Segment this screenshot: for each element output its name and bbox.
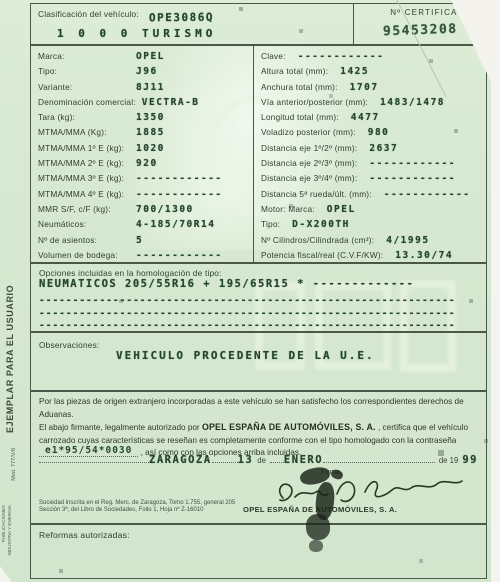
field-label: MTMA/MMA 3º E (kg): <box>38 173 130 183</box>
certifying-company-name: OPEL ESPAÑA DE AUTOMÓVILES, S. A. <box>202 422 376 432</box>
left-fields-column: Marca: OPEL Tipo: J96 Variante: 8J11 <box>31 46 254 262</box>
options-blank-line: ----------------------------------------… <box>39 320 480 332</box>
field-row: Longitud total (mm): 4477 <box>261 112 482 127</box>
field-label: Nº de asientos: <box>38 235 130 245</box>
certificate-number-value: 95453208 <box>383 22 458 40</box>
field-row: Voladizo posterior (mm): 980 <box>261 127 482 142</box>
field-label: Voladizo posterior (mm): <box>261 127 356 137</box>
field-label: Marca: <box>38 51 130 61</box>
field-value: VECTRA-B <box>142 97 249 108</box>
field-label: MTMA/MMA 2º E (kg): <box>38 158 130 168</box>
dotted-leader <box>39 452 149 463</box>
field-label: Neumáticos: <box>38 219 130 229</box>
field-value: 5 <box>136 235 249 246</box>
field-label: Distancia eje 1º/2º (mm): <box>261 143 357 153</box>
field-label: Vía anterior/posterior (mm): <box>261 97 368 107</box>
field-row: Altura total (mm): 1425 <box>261 66 482 81</box>
field-value: 1483/1478 <box>380 97 445 108</box>
field-row: Nº de asientos: 5 <box>38 235 249 250</box>
field-row: Distancia eje 2º/3º (mm): ------------ <box>261 158 482 173</box>
field-value: 4-185/70R14 <box>136 219 249 230</box>
options-blank-line: ----------------------------------------… <box>39 295 480 307</box>
field-value: OPEL <box>136 51 249 62</box>
observations-value: VEHICULO PROCEDENTE DE LA U.E. <box>116 349 375 362</box>
field-value: ------------ <box>384 189 471 200</box>
field-row: MTMA/MMA 3º E (kg): ------------ <box>38 173 249 188</box>
classification-stamp: OPE3086Q <box>149 11 214 25</box>
field-row: Anchura total (mm): 1707 <box>261 82 482 97</box>
dotted-leader <box>323 452 435 463</box>
field-label: Anchura total (mm): <box>261 82 338 92</box>
field-value: 1885 <box>136 127 249 138</box>
field-label: MTMA/MMA 4º E (kg): <box>38 189 130 199</box>
options-blank-line: ----------------------------------------… <box>39 308 480 320</box>
field-label: Motor: Marca: <box>261 204 315 214</box>
field-value: 1707 <box>350 82 379 93</box>
field-label: MTMA/MMA 1º E (kg): <box>38 143 130 153</box>
options-tyres-line: NEUMATICOS 205/55R16 + 195/65R15 * -----… <box>39 278 414 290</box>
date-line: ZARAGOZA 13 de ENERO de 19 99 <box>39 452 478 466</box>
field-row: Motor: Marca: OPEL <box>261 204 482 219</box>
publisher-vertical-text-1: PUBLICACIONES <box>1 505 6 542</box>
field-label: Tara (kg): <box>38 112 130 122</box>
field-value: 980 <box>368 127 390 138</box>
field-row: Neumáticos: 4-185/70R14 <box>38 219 249 234</box>
field-value: 13.30/74 <box>395 250 453 261</box>
month-stamp: ENERO <box>284 454 323 466</box>
field-label: Volumen de bodega: <box>38 250 130 260</box>
field-value: 1425 <box>340 66 369 77</box>
field-value: ------------ <box>369 158 456 169</box>
field-label: MTMA/MMA (Kg): <box>38 127 130 137</box>
field-value: 2637 <box>369 143 398 154</box>
field-value: 1350 <box>136 112 249 123</box>
scan-corner <box>0 566 12 582</box>
field-row: MTMA/MMA 4º E (kg): ------------ <box>38 189 249 204</box>
field-row: Vía anterior/posterior (mm): 1483/1478 <box>261 97 482 112</box>
field-label: Potencia fiscal/real (C.V.F/KW): <box>261 250 383 260</box>
field-row: Tara (kg): 1350 <box>38 112 249 127</box>
year-stamp: 99 <box>462 454 478 466</box>
field-value: 8J11 <box>136 82 249 93</box>
city-stamp: ZARAGOZA <box>149 454 212 466</box>
field-row: Distancia eje 3º/4º (mm): ------------ <box>261 173 482 188</box>
field-value: ------------ <box>136 250 249 261</box>
field-label: Tipo: <box>38 66 130 76</box>
field-label: Distancia 5ª rueda/últ. (mm): <box>261 189 372 199</box>
dotted-leader <box>270 452 284 463</box>
field-label: Variante: <box>38 82 130 92</box>
day-stamp: 13 <box>238 454 254 466</box>
field-row: Tipo: D-X200TH <box>261 219 482 234</box>
field-label: Nº Cilindros/Cilindrada (cm³): <box>261 235 374 245</box>
field-row: Variante: 8J11 <box>38 82 249 97</box>
field-label: Clave: <box>261 51 286 61</box>
customs-clause: Por las piezas de origen extranjero inco… <box>39 397 464 419</box>
field-label: Altura total (mm): <box>261 66 328 76</box>
authorized-modifications-box: Reformas autorizadas: <box>30 524 487 579</box>
field-value: 4477 <box>351 112 380 123</box>
field-value: ------------ <box>369 173 456 184</box>
year-prefix: de 19 <box>439 456 459 465</box>
field-row: MTMA/MMA (Kg): 1885 <box>38 127 249 142</box>
vehicle-certificate-document: EJEMPLAR PARA EL USUARIO Mod. 777/V/8 PU… <box>0 0 500 582</box>
header-divider <box>353 4 354 44</box>
field-row: Nº Cilindros/Cilindrada (cm³): 4/1995 <box>261 235 482 250</box>
field-value: ------------ <box>298 51 385 62</box>
field-row: Tipo: J96 <box>38 66 249 81</box>
ink-stamp-smudge <box>309 540 323 552</box>
options-heading: Opciones incluidas en la homologación de… <box>39 268 222 278</box>
date-preposition: de <box>257 456 266 465</box>
observations-label: Observaciones: <box>39 340 99 350</box>
field-label: MMR S/F, c/F (kg): <box>38 204 130 214</box>
certification-paragraph: Por las piezas de origen extranjero inco… <box>39 396 478 460</box>
field-label: Distancia eje 3º/4º (mm): <box>261 173 357 183</box>
classification-label: Clasificación del vehículo: <box>38 9 139 19</box>
dotted-leader <box>212 452 238 463</box>
field-value: 4/1995 <box>386 235 429 246</box>
field-label: Denominación comercial: <box>38 97 136 107</box>
field-label: Tipo: <box>261 219 280 229</box>
registry-line-2: Sección 3ª, del Libro de Sociedades, Fol… <box>39 507 235 515</box>
field-value: 700/1300 <box>136 204 249 215</box>
field-row: MMR S/F, c/F (kg): 700/1300 <box>38 204 249 219</box>
field-value: ------------ <box>136 189 249 200</box>
field-value: 920 <box>136 158 249 169</box>
classification-code: 1 0 0 0 TURISMO <box>57 27 216 40</box>
company-registry-fineprint: Sociedad inscrita en el Reg. Merc. de Za… <box>39 500 235 515</box>
cert-before-company: El abajo firmante, legalmente autorizado… <box>39 423 202 432</box>
right-fields-column: Clave: ------------ Altura total (mm): 1… <box>254 46 486 262</box>
technical-data-box: Marca: OPEL Tipo: J96 Variante: 8J11 <box>30 45 487 263</box>
field-label: Distancia eje 2º/3º (mm): <box>261 158 357 168</box>
certification-box: Por las piezas de origen extranjero inco… <box>30 391 487 524</box>
field-value: OPEL <box>327 204 356 215</box>
observations-box: Observaciones: VEHICULO PROCEDENTE DE LA… <box>30 332 487 391</box>
scan-noise <box>0 0 2 2</box>
field-row: Denominación comercial: VECTRA-B <box>38 97 249 112</box>
field-row: Distancia 5ª rueda/últ. (mm): ----------… <box>261 189 482 204</box>
field-row: Distancia eje 1º/2º (mm): 2637 <box>261 143 482 158</box>
field-row: MTMA/MMA 2º E (kg): 920 <box>38 158 249 173</box>
copy-for-user-vertical-label: EJEMPLAR PARA EL USUARIO <box>5 268 15 433</box>
field-value: ------------ <box>136 173 249 184</box>
reformas-label: Reformas autorizadas: <box>39 530 130 540</box>
field-row: MTMA/MMA 1º E (kg): 1020 <box>38 143 249 158</box>
field-row: Marca: OPEL <box>38 51 249 66</box>
form-model-number: Mod. 777/V/8 <box>11 448 17 481</box>
header-box: Clasificación del vehículo: OPE3086Q 1 0… <box>30 3 487 45</box>
field-row: Clave: ------------ <box>261 51 482 66</box>
field-value: J96 <box>136 66 249 77</box>
homologation-options-box: Opciones incluidas en la homologación de… <box>30 263 487 332</box>
field-value: D-X200TH <box>292 219 350 230</box>
field-label: Longitud total (mm): <box>261 112 339 122</box>
field-value: 1020 <box>136 143 249 154</box>
publisher-vertical-text-2: INDUSTRIA Y ENERGIA <box>7 505 12 556</box>
